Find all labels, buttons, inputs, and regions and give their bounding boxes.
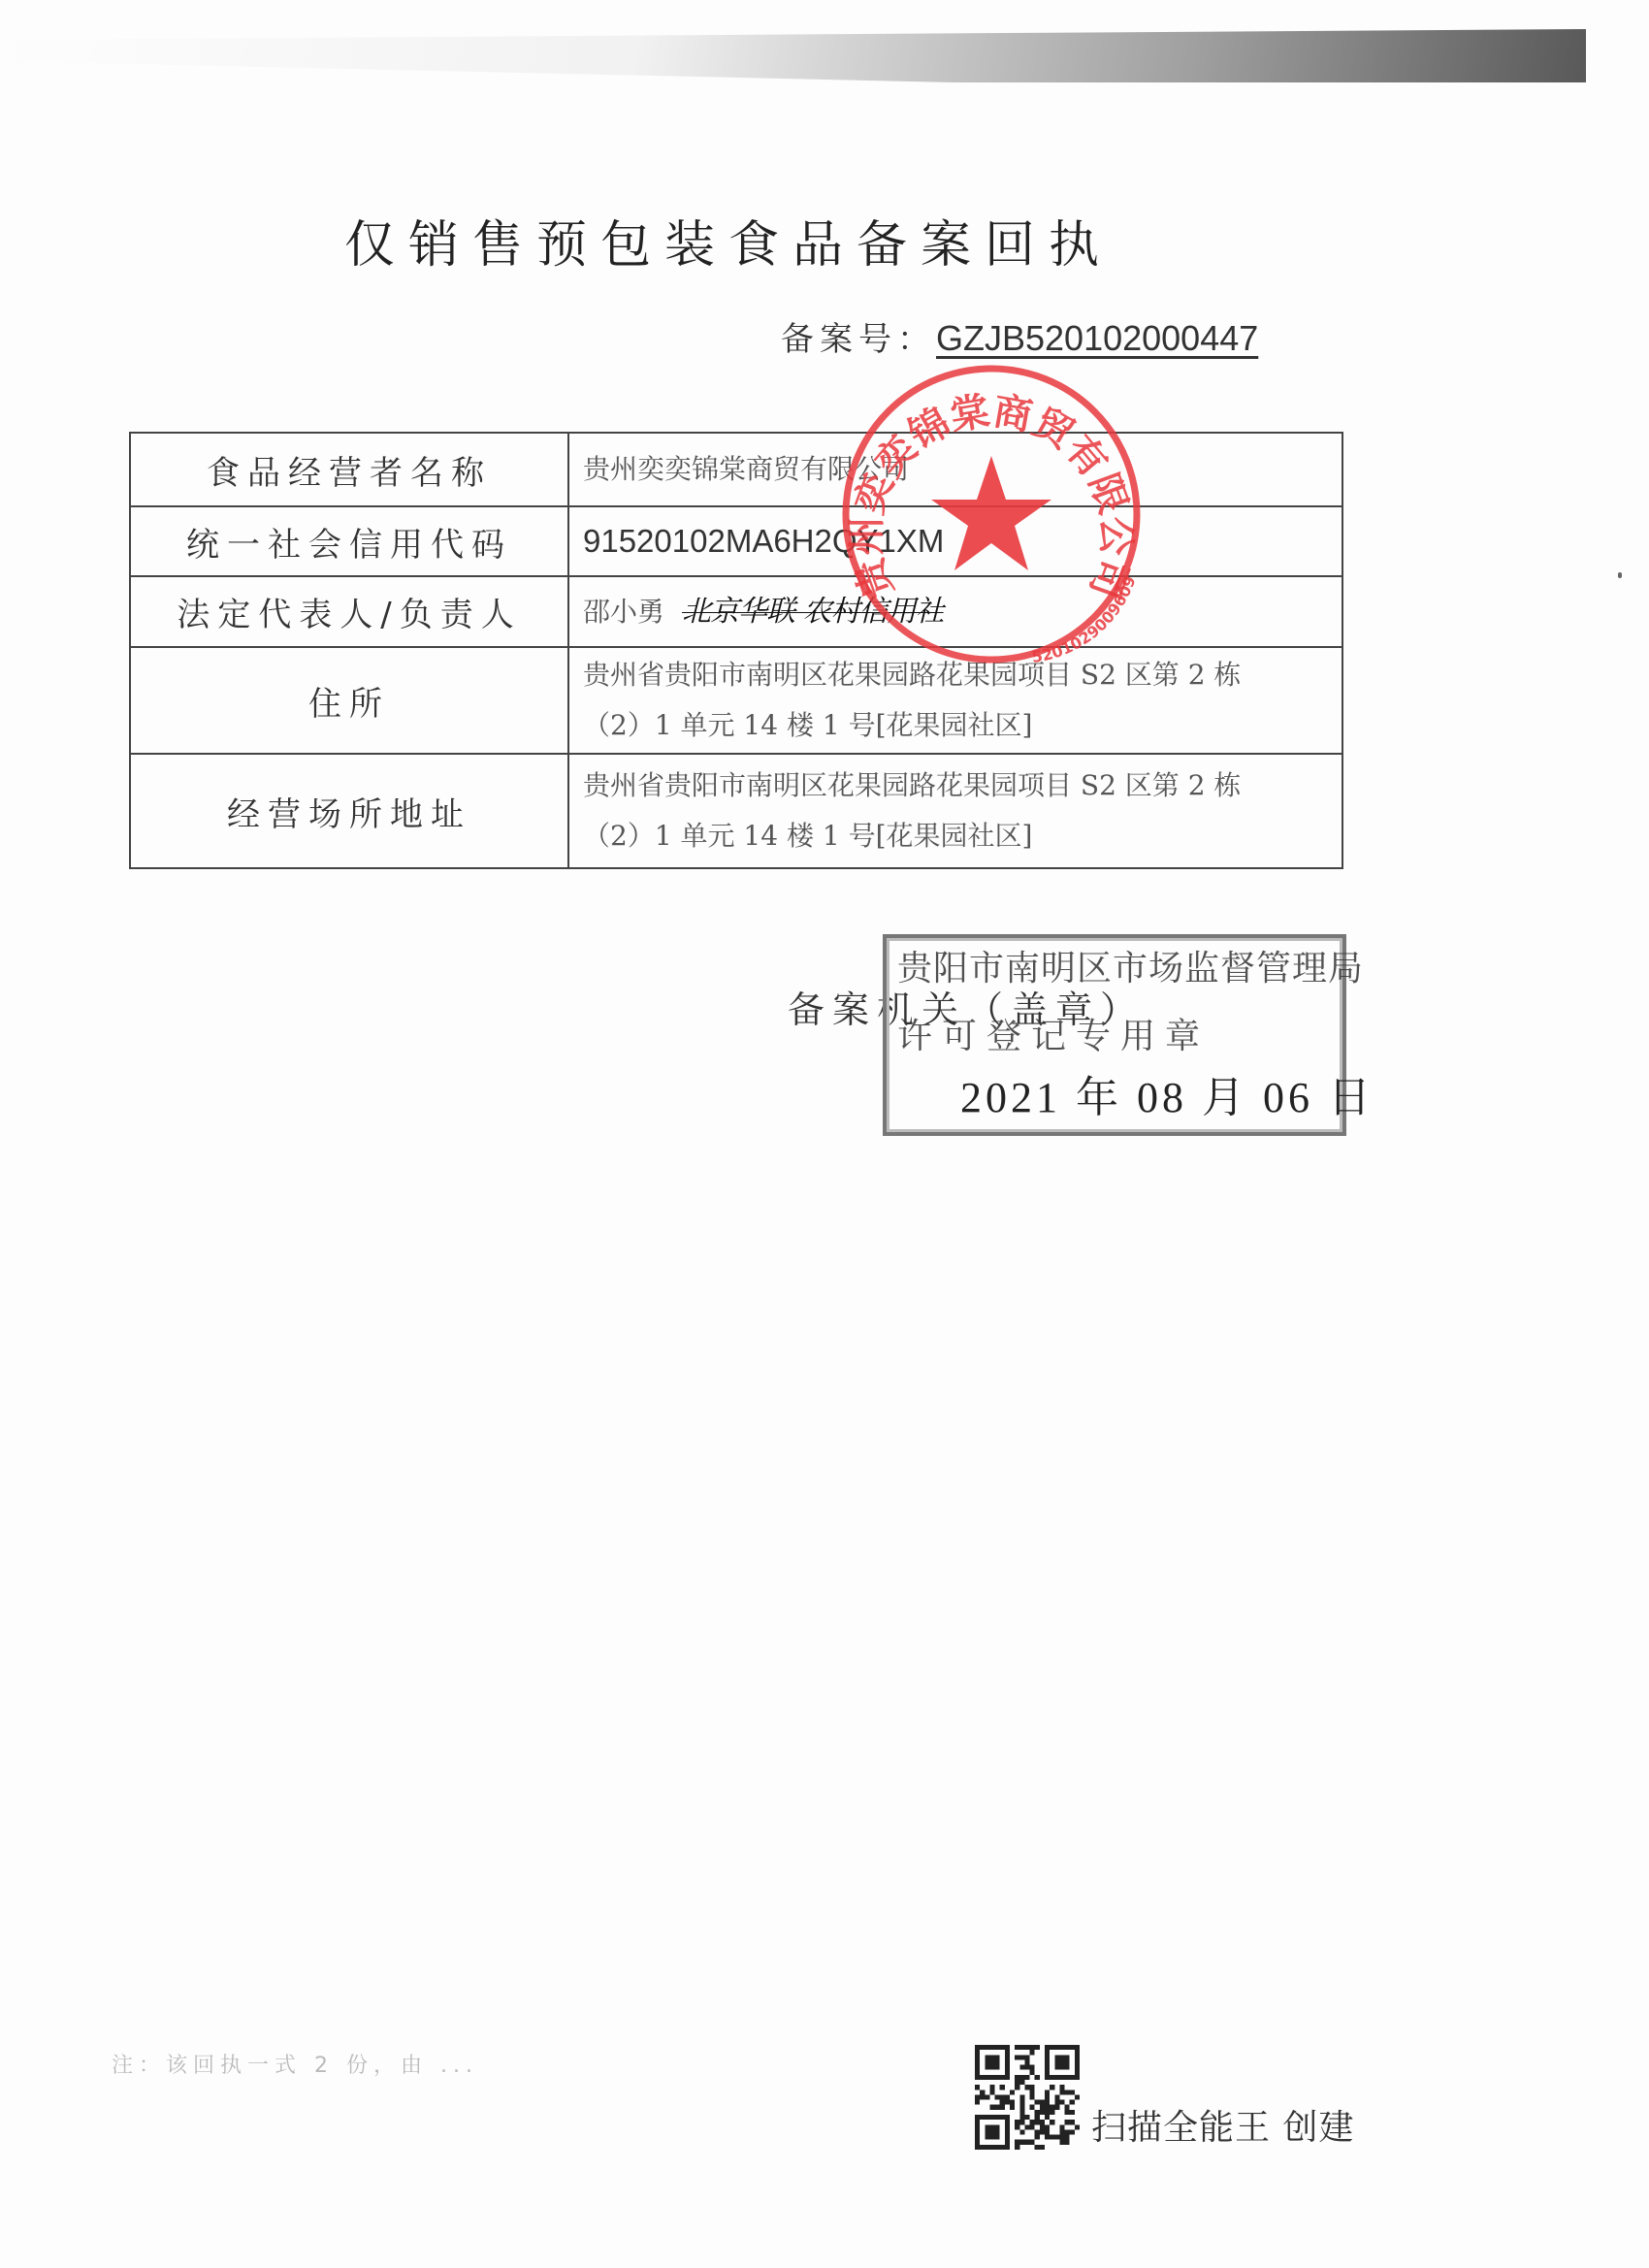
authority-stamp-line-2: 许可登记专用章 — [897, 1009, 1210, 1058]
authority-stamp-line-1: 贵阳市南明区市场监督管理局 — [897, 941, 1364, 990]
qr-code-icon — [975, 2045, 1080, 2150]
scan-speck — [1618, 572, 1622, 578]
table-row: 法定代表人/负责人 邵小勇北京华联 农村信用社 — [130, 576, 1342, 647]
domicile-line-1: 贵州省贵阳市南明区花果园路花果园项目 S2 区第 2 栋 — [583, 650, 1332, 700]
row-label-domicile: 住所 — [130, 647, 568, 754]
table-row: 住所 贵州省贵阳市南明区花果园路花果园项目 S2 区第 2 栋 （2）1 单元 … — [130, 647, 1342, 754]
row-label-legal-rep: 法定代表人/负责人 — [130, 576, 568, 647]
legal-rep-name: 邵小勇 — [583, 596, 664, 628]
table-row: 统一社会信用代码 91520102MA6H2QY1XM — [130, 506, 1342, 576]
table-row: 食品经营者名称 贵州奕奕锦棠商贸有限公司 — [130, 433, 1342, 506]
table-row: 经营场所地址 贵州省贵阳市南明区花果园路花果园项目 S2 区第 2 栋 （2）1… — [130, 754, 1342, 868]
handwritten-note: 北京华联 农村信用社 — [682, 595, 944, 629]
row-label-operator-name: 食品经营者名称 — [130, 433, 568, 506]
business-address-line-1: 贵州省贵阳市南明区花果园路花果园项目 S2 区第 2 栋 — [583, 761, 1332, 811]
scan-shadow-band — [5, 29, 1586, 82]
row-value-domicile: 贵州省贵阳市南明区花果园路花果园项目 S2 区第 2 栋 （2）1 单元 14 … — [568, 647, 1342, 754]
document-title: 仅销售预包装食品备案回执 — [344, 204, 1140, 276]
scanner-watermark: 扫描全能王 创建 — [1091, 2100, 1354, 2150]
row-value-business-address: 贵州省贵阳市南明区花果园路花果园项目 S2 区第 2 栋 （2）1 单元 14 … — [568, 754, 1342, 868]
business-address-line-2: （2）1 单元 14 楼 1 号[花果园社区] — [583, 811, 1332, 861]
row-label-business-address: 经营场所地址 — [130, 754, 568, 868]
footnote: 注：该回执一式 2 份，由 ... — [112, 2049, 478, 2079]
filing-date: 2021 年 08 月 06 日 — [960, 1062, 1374, 1124]
record-number-label: 备案号： — [781, 320, 936, 359]
row-label-credit-code: 统一社会信用代码 — [130, 506, 568, 576]
row-value-credit-code: 91520102MA6H2QY1XM — [568, 506, 1342, 576]
record-number: 备案号：GZJB520102000447 — [781, 312, 1258, 360]
row-value-operator-name: 贵州奕奕锦棠商贸有限公司 — [568, 433, 1342, 506]
domicile-line-2: （2）1 单元 14 楼 1 号[花果园社区] — [583, 700, 1332, 751]
row-value-legal-rep: 邵小勇北京华联 农村信用社 — [568, 576, 1342, 647]
filing-info-table: 食品经营者名称 贵州奕奕锦棠商贸有限公司 统一社会信用代码 91520102MA… — [129, 432, 1343, 869]
record-number-value: GZJB520102000447 — [936, 318, 1258, 358]
